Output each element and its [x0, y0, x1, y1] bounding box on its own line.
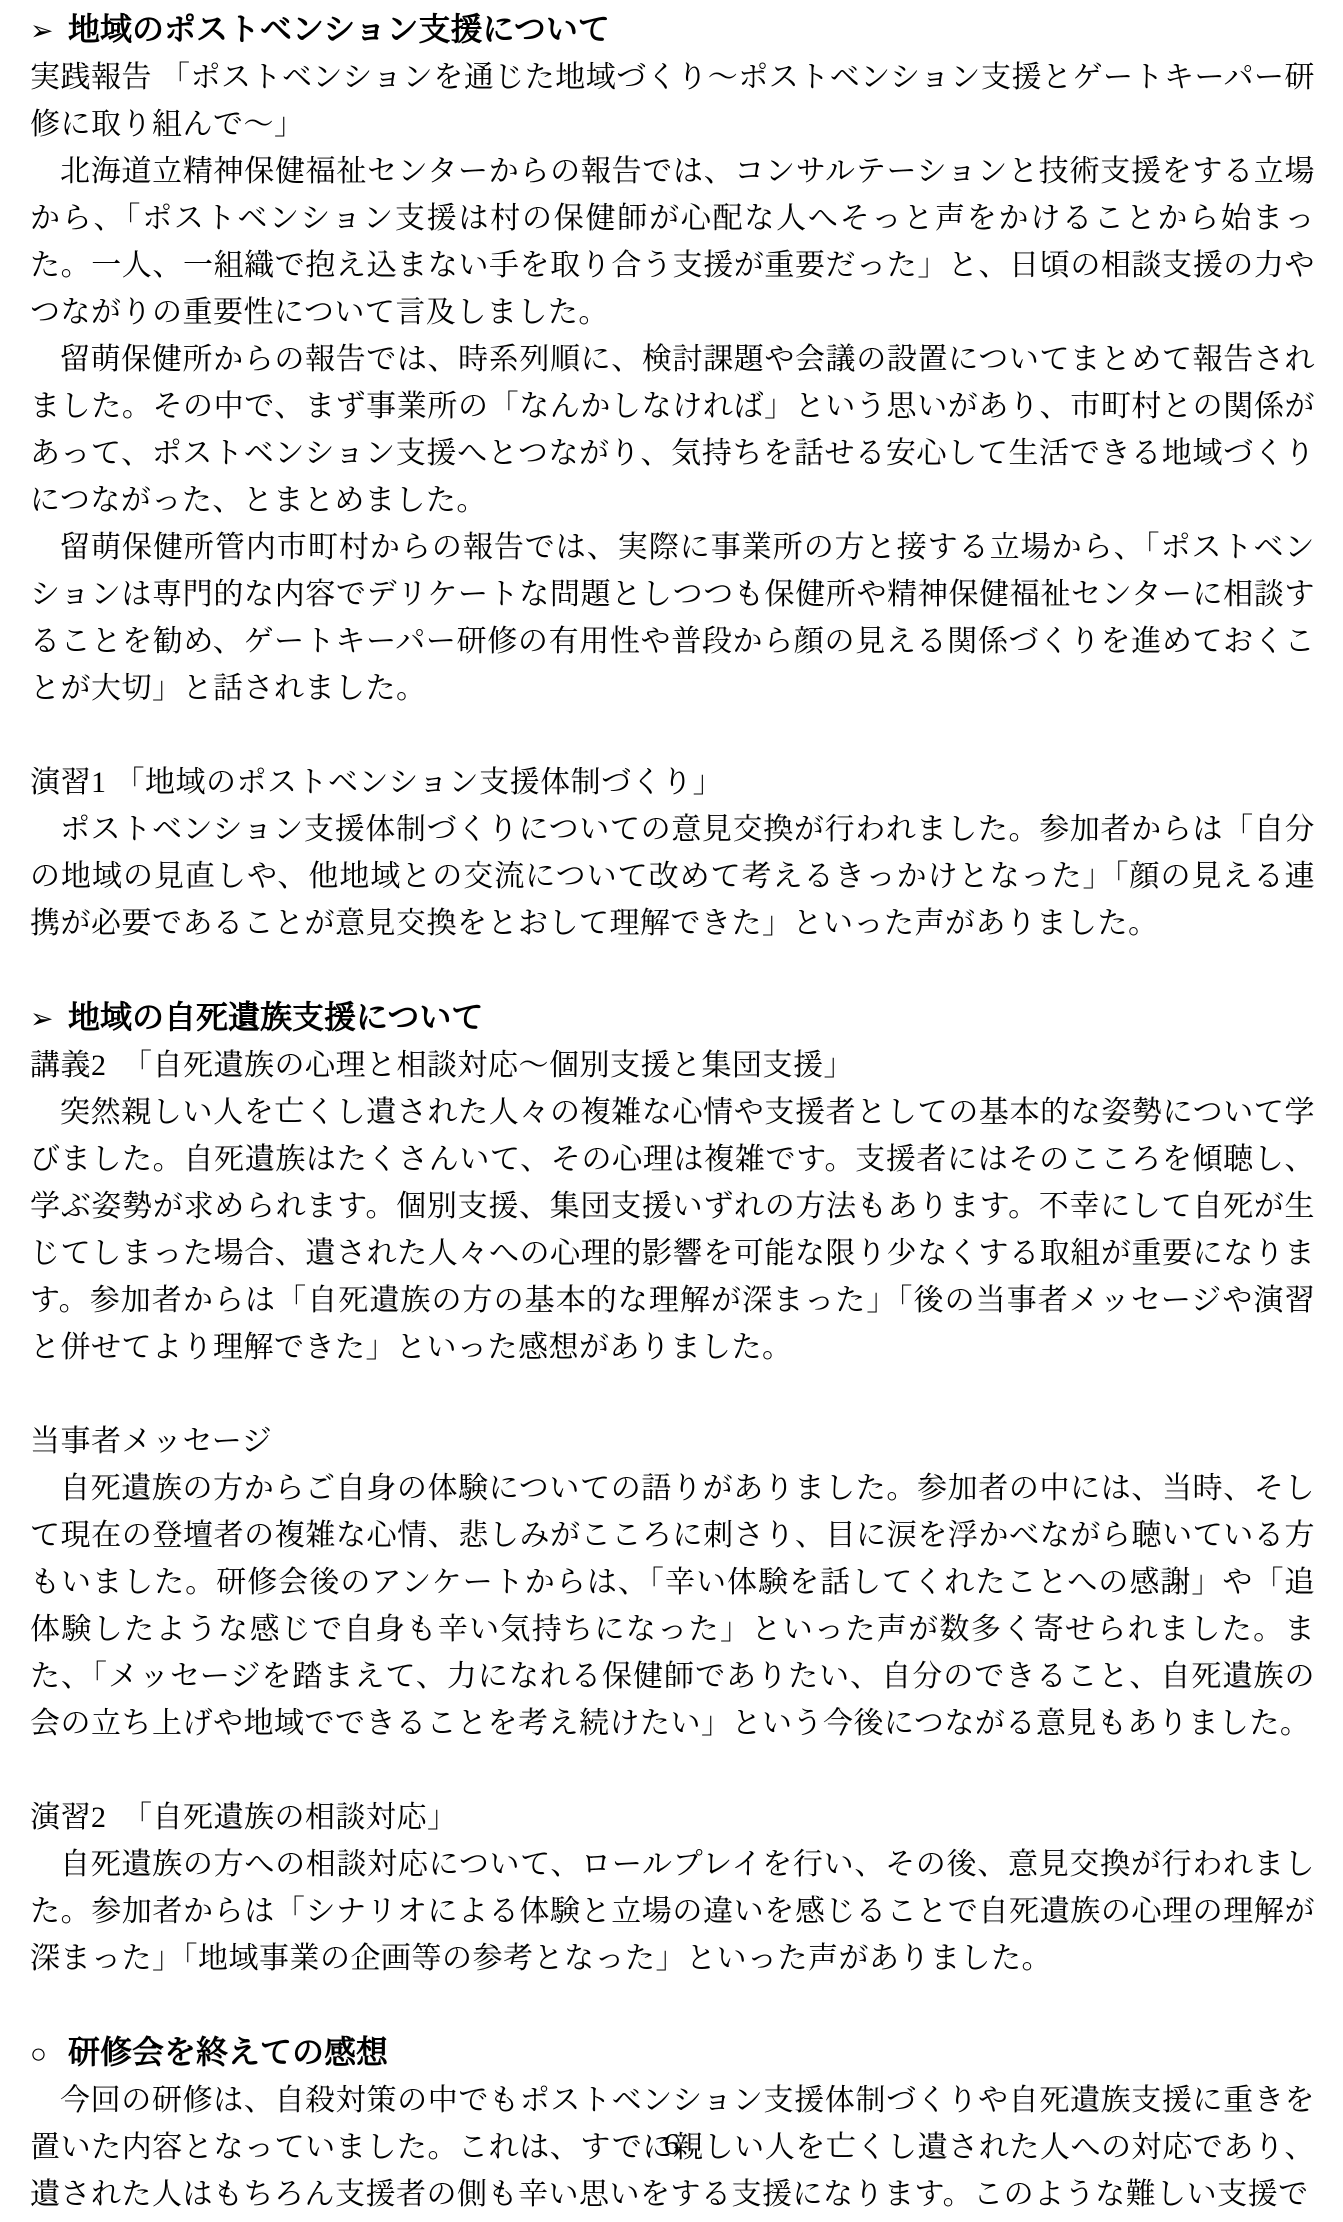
section-survivor-message: 当事者メッセージ 自死遺族の方からご自身の体験についての語りがありました。参加者… — [30, 1418, 1315, 1747]
document-page: ➢ 地域のポストベンション支援について 実践報告 「ポストベンションを通じた地域… — [0, 0, 1343, 2222]
circle-bullet-icon: ○ — [30, 2030, 68, 2077]
section-exercise1: 演習1 「地域のポストベンション支援体制づくり」 ポストベンション支援体制づくり… — [30, 759, 1315, 947]
page-number: 6 — [0, 2126, 1343, 2162]
section-postvention-support: ➢ 地域のポストベンション支援について 実践報告 「ポストベンションを通じた地域… — [30, 6, 1315, 712]
bereaved-heading: ➢ 地域の自死遺族支援について — [30, 994, 1315, 1042]
postvention-heading: ➢ 地域のポストベンション支援について — [30, 6, 1315, 54]
bereaved-heading-text: 地域の自死遺族支援について — [68, 994, 483, 1041]
survivor-message-paragraph: 自死遺族の方からご自身の体験についての語りがありました。参加者の中には、当時、そ… — [30, 1465, 1315, 1747]
impressions-heading: ○ 研修会を終えての感想 — [30, 2029, 1315, 2077]
postvention-paragraph-3: 留萌保健所管内市町村からの報告では、実際に事業所の方と接する立場から、「ポストベ… — [30, 524, 1315, 712]
exercise2-title: 演習2 「自死遺族の相談対応」 — [30, 1794, 1315, 1841]
exercise2-paragraph: 自死遺族の方への相談対応について、ロールプレイを行い、その後、意見交換が行われま… — [30, 1841, 1315, 1982]
section-exercise2: 演習2 「自死遺族の相談対応」 自死遺族の方への相談対応について、ロールプレイを… — [30, 1794, 1315, 1982]
survivor-message-title: 当事者メッセージ — [30, 1418, 1315, 1465]
lecture2-title: 講義2 「自死遺族の心理と相談対応～個別支援と集団支援」 — [30, 1042, 1315, 1089]
exercise1-title: 演習1 「地域のポストベンション支援体制づくり」 — [30, 759, 1315, 806]
arrow-bullet-icon: ➢ — [30, 995, 68, 1042]
section-bereaved-support: ➢ 地域の自死遺族支援について 講義2 「自死遺族の心理と相談対応～個別支援と集… — [30, 994, 1315, 1371]
lecture2-paragraph: 突然親しい人を亡くし遺された人々の複雑な心情や支援者としての基本的な姿勢について… — [30, 1089, 1315, 1371]
postvention-paragraph-1: 北海道立精神保健福祉センターからの報告では、コンサルテーションと技術支援をする立… — [30, 148, 1315, 336]
exercise1-paragraph: ポストベンション支援体制づくりについての意見交換が行われました。参加者からは「自… — [30, 806, 1315, 947]
arrow-bullet-icon: ➢ — [30, 7, 68, 54]
practice-report-title: 実践報告 「ポストベンションを通じた地域づくり～ポストベンション支援とゲートキー… — [30, 54, 1315, 148]
postvention-paragraph-2: 留萌保健所からの報告では、時系列順に、検討課題や会議の設置についてまとめて報告さ… — [30, 336, 1315, 524]
section-impressions: ○ 研修会を終えての感想 今回の研修は、自殺対策の中でもポストベンション支援体制… — [30, 2029, 1315, 2218]
postvention-heading-text: 地域のポストベンション支援について — [68, 6, 610, 53]
impressions-heading-text: 研修会を終えての感想 — [68, 2029, 388, 2076]
